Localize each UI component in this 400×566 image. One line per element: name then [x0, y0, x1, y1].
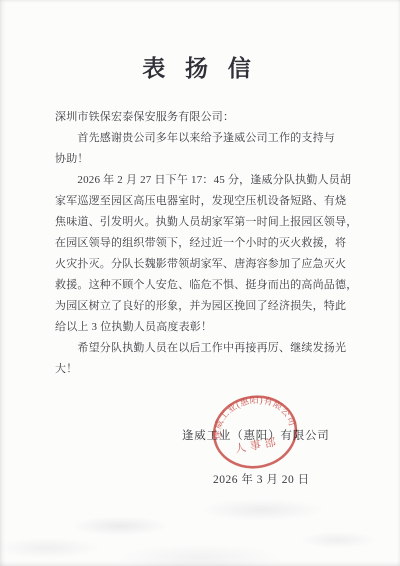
date-line: 2026 年 3 月 20 日 — [213, 471, 310, 487]
body-line: 首先感谢贵公司多年以来给予逢威公司工作的支持与 — [55, 128, 351, 149]
body-line: 希望分队执勤人员在以后工作中再接再厉、继续发扬光 — [55, 338, 351, 359]
body-line: 在园区领导的组织带领下，经过近一个小时的灭火救援，将 — [55, 233, 351, 254]
letter-body: 深圳市铁保宏泰保安服务有限公司： 首先感谢贵公司多年以来给予逢威公司工作的支持与… — [55, 107, 351, 380]
seal-arc-text: 逢威工业(惠阳)有限公司 — [205, 387, 298, 441]
recipient-line: 深圳市铁保宏泰保安服务有限公司： — [55, 107, 351, 128]
body-line: 救援。这种不顾个人安危、临危不惧、挺身而出的高尚品德， — [55, 275, 351, 296]
company-seal-stamp: 逢威工业(惠阳)有限公司 人事部 — [198, 380, 312, 484]
scanned-letter-page: 表 扬 信 深圳市铁保宏泰保安服务有限公司： 首先感谢贵公司多年以来给予逢威公司… — [0, 0, 400, 566]
body-line: 给以上 3 位执勤人员高度表彰！ — [55, 317, 351, 338]
letter-title: 表 扬 信 — [0, 50, 400, 83]
body-line: 协助！ — [55, 149, 351, 170]
body-line: 2026 年 2 月 27 日下午 17：45 分，逢威分队执勤人员胡 — [55, 170, 351, 191]
body-line: 大！ — [55, 359, 351, 380]
body-line: 火灾扑灭。分队长魏影带领胡家军、唐海容参加了应急灭火 — [55, 254, 351, 275]
seal-department-text: 人事部 — [234, 434, 281, 456]
body-line: 焦味道、引发明火。执勤人员胡家军第一时间上报园区领导， — [55, 212, 351, 233]
body-line: 家军巡逻至园区高压电器室时，发现空压机设备短路、有烧 — [55, 191, 351, 212]
body-line: 为园区树立了良好的形象，并为园区挽回了经济损失，特此 — [55, 296, 351, 317]
scan-noise — [0, 470, 400, 566]
